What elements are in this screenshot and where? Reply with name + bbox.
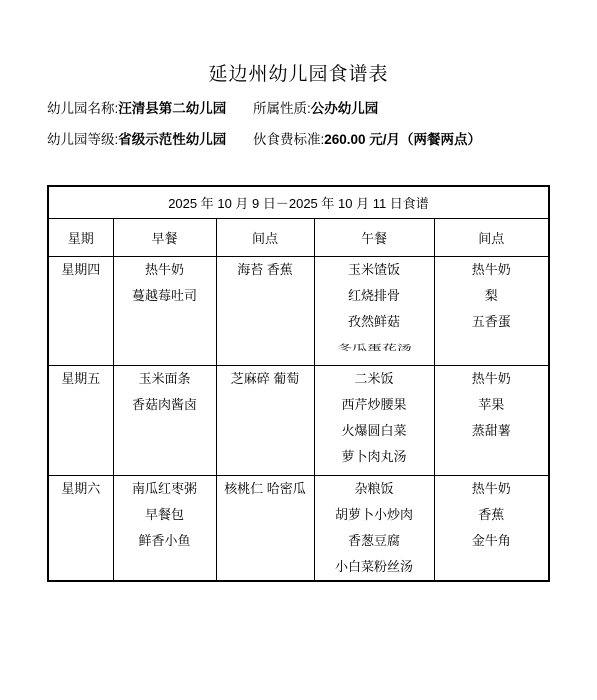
kindergarten-name-label: 幼儿园名称: <box>47 101 118 116</box>
menu-table: 2025 年 10 月 9 日－2025 年 10 月 11 日食谱 星期 早餐… <box>47 185 550 582</box>
col-header-morning-snack: 间点 <box>216 219 314 257</box>
grade-pair: 幼儿园等级:省级示范性幼儿园 <box>47 128 253 148</box>
table-row-saturday: 星期六 南瓜红枣粥 早餐包 鲜香小鱼 核桃仁 哈密瓜 杂粮饭 胡萝卜小炒肉 香葱… <box>48 476 549 582</box>
fee-value: 260.00 元/月（两餐两点） <box>324 132 481 147</box>
col-header-day: 星期 <box>48 219 113 257</box>
day-label: 星期六 <box>49 476 113 502</box>
lunch-cell: 杂粮饭 胡萝卜小炒肉 香葱豆腐 小白菜粉丝汤 <box>314 476 434 582</box>
dish-item: 玉米面条 <box>114 366 216 392</box>
afternoon-snack-cell: 热牛奶 梨 五香蛋 <box>434 257 549 366</box>
info-line-2: 幼儿园等级:省级示范性幼儿园伙食费标准:260.00 元/月（两餐两点） <box>47 128 557 148</box>
morning-snack-cell: 核桃仁 哈密瓜 <box>216 476 314 582</box>
morning-snack-cell: 芝麻碎 葡萄 <box>216 366 314 476</box>
col-header-lunch: 午餐 <box>314 219 434 257</box>
lunch-cell: 二米饭 西芹炒腰果 火爆圆白菜 萝卜肉丸汤 <box>314 366 434 476</box>
day-cell: 星期六 <box>48 476 113 582</box>
grade-label: 幼儿园等级: <box>47 132 118 147</box>
nature-label: 所属性质: <box>253 101 311 116</box>
table-row-header: 星期 早餐 间点 午餐 间点 <box>48 219 549 257</box>
dish-item: 热牛奶 <box>114 257 216 283</box>
dish-item: 蔓越莓吐司 <box>114 283 216 309</box>
afternoon-snack-cell: 热牛奶 苹果 蒸甜薯 <box>434 366 549 476</box>
dish-item: 鲜香小鱼 <box>114 528 216 554</box>
dish-item: 南瓜红枣粥 <box>114 476 216 502</box>
dish-item: 胡萝卜小炒肉 <box>315 502 434 528</box>
dish-item: 热牛奶 <box>435 476 549 502</box>
col-header-afternoon-snack: 间点 <box>434 219 549 257</box>
morning-snack-cell: 海苔 香蕉 <box>216 257 314 366</box>
day-label: 星期四 <box>49 257 113 283</box>
dish-item: 红烧排骨 <box>315 283 434 309</box>
nature-pair: 所属性质:公办幼儿园 <box>253 97 378 117</box>
dish-item: 芝麻碎 葡萄 <box>217 366 314 392</box>
dish-item: 海苔 香蕉 <box>217 257 314 283</box>
fee-pair: 伙食费标准:260.00 元/月（两餐两点） <box>253 128 481 148</box>
kindergarten-name-value: 汪清县第二幼儿园 <box>118 101 226 116</box>
dish-item: 早餐包 <box>114 502 216 528</box>
nature-value: 公办幼儿园 <box>311 101 379 116</box>
kindergarten-name-pair: 幼儿园名称:汪清县第二幼儿园 <box>47 97 253 117</box>
breakfast-cell: 热牛奶 蔓越莓吐司 <box>113 257 216 366</box>
day-label: 星期五 <box>49 366 113 392</box>
table-row-date: 2025 年 10 月 9 日－2025 年 10 月 11 日食谱 <box>48 186 549 219</box>
dish-item: 孜然鲜菇 <box>315 309 434 335</box>
dish-item: 香菇肉酱卤 <box>114 392 216 418</box>
dish-item: 香葱豆腐 <box>315 528 434 554</box>
dish-item: 杂粮饭 <box>315 476 434 502</box>
dish-item: 热牛奶 <box>435 366 549 392</box>
afternoon-snack-cell: 热牛奶 香蕉 金牛角 <box>434 476 549 582</box>
dish-item: 五香蛋 <box>435 309 549 335</box>
col-header-breakfast: 早餐 <box>113 219 216 257</box>
table-row-friday: 星期五 玉米面条 香菇肉酱卤 芝麻碎 葡萄 二米饭 西芹炒腰果 火爆圆白菜 萝卜… <box>48 366 549 476</box>
dish-item: 苹果 <box>435 392 549 418</box>
breakfast-cell: 南瓜红枣粥 早餐包 鲜香小鱼 <box>113 476 216 582</box>
dish-item: 梨 <box>435 283 549 309</box>
info-line-1: 幼儿园名称:汪清县第二幼儿园所属性质:公办幼儿园 <box>47 97 557 117</box>
grade-value: 省级示范性幼儿园 <box>118 132 226 147</box>
dish-item: 蒸甜薯 <box>435 418 549 444</box>
document-page: 延边州幼儿园食谱表 幼儿园名称:汪清县第二幼儿园所属性质:公办幼儿园 幼儿园等级… <box>0 0 597 700</box>
dish-item: 火爆圆白菜 <box>315 418 434 444</box>
dish-item: 玉米馇饭 <box>315 257 434 283</box>
dish-item: 二米饭 <box>315 366 434 392</box>
dish-item: 核桃仁 哈密瓜 <box>217 476 314 502</box>
lunch-cell: 玉米馇饭 红烧排骨 孜然鲜菇 冬瓜蛋花汤 <box>314 257 434 366</box>
table-row-thursday: 星期四 热牛奶 蔓越莓吐司 海苔 香蕉 玉米馇饭 红烧排骨 孜然鲜菇 冬瓜蛋花汤… <box>48 257 549 366</box>
dish-item: 热牛奶 <box>435 257 549 283</box>
date-range: 2025 年 10 月 9 日－2025 年 10 月 11 日食谱 <box>48 186 549 219</box>
dish-item: 金牛角 <box>435 528 549 554</box>
dish-item: 香蕉 <box>435 502 549 528</box>
dish-item: 小白菜粉丝汤 <box>315 554 434 580</box>
dish-item: 冬瓜蛋花汤 <box>314 341 434 355</box>
page-title: 延边州幼儿园食谱表 <box>0 59 597 86</box>
day-cell: 星期五 <box>48 366 113 476</box>
day-cell: 星期四 <box>48 257 113 366</box>
dish-item: 萝卜肉丸汤 <box>315 444 434 470</box>
fee-label: 伙食费标准: <box>253 132 324 147</box>
breakfast-cell: 玉米面条 香菇肉酱卤 <box>113 366 216 476</box>
dish-item: 西芹炒腰果 <box>315 392 434 418</box>
